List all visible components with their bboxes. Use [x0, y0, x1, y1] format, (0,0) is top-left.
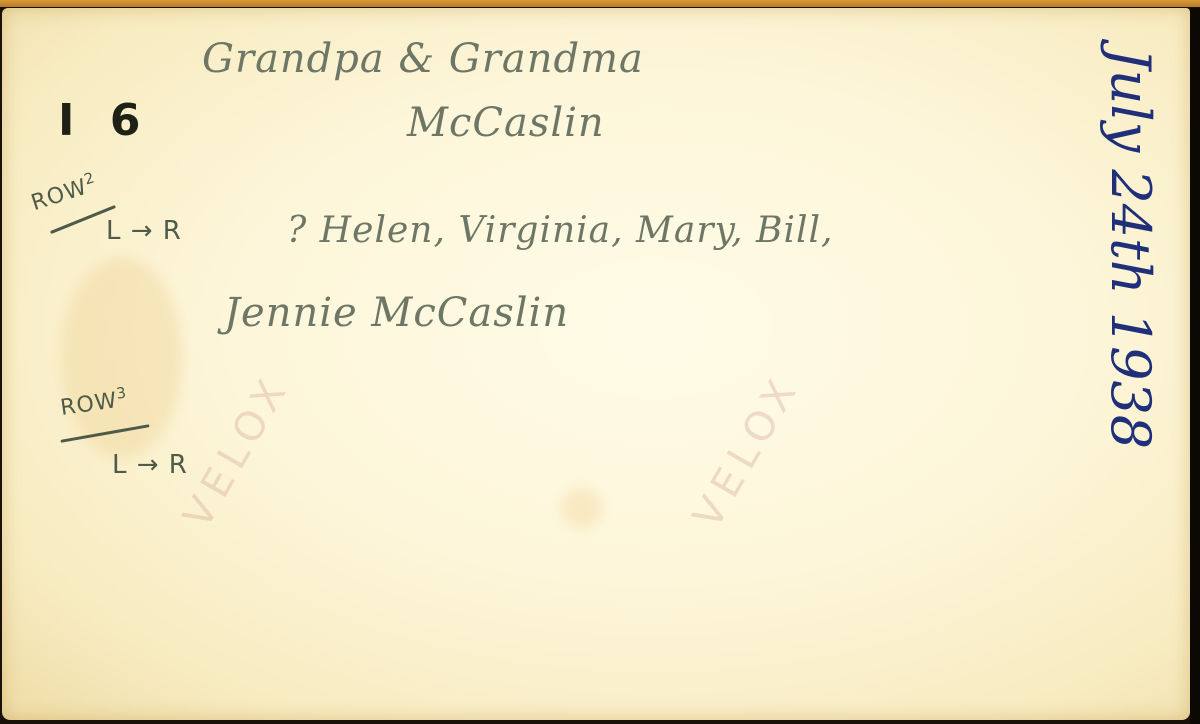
stamp-number: 9 I [48, 92, 140, 143]
row2-names: ? Helen, Virginia, Mary, Bill, [287, 210, 833, 251]
row2-direction: L → R [106, 216, 182, 246]
caption-title-line1: Grandpa & Grandma [202, 36, 644, 82]
paper-stain [562, 488, 602, 528]
card-top-edge [0, 0, 1200, 7]
photo-card-back: 9 I Grandpa & Grandma McCaslin ROW2 L → … [2, 8, 1190, 720]
scan-right-edge [1190, 8, 1200, 724]
date-annotation: July 24th 1938 [1099, 48, 1162, 449]
velox-watermark: VELOX [175, 366, 300, 536]
scan-frame: 9 I Grandpa & Grandma McCaslin ROW2 L → … [0, 0, 1200, 724]
velox-watermark: VELOX [685, 366, 810, 536]
caption-title-line2: McCaslin [407, 100, 605, 146]
row2-label-text: ROW [28, 175, 90, 217]
row2-names-continued: Jennie McCaslin [224, 290, 569, 336]
row3-direction: L → R [112, 450, 188, 480]
row2-label: ROW2 [27, 168, 100, 216]
